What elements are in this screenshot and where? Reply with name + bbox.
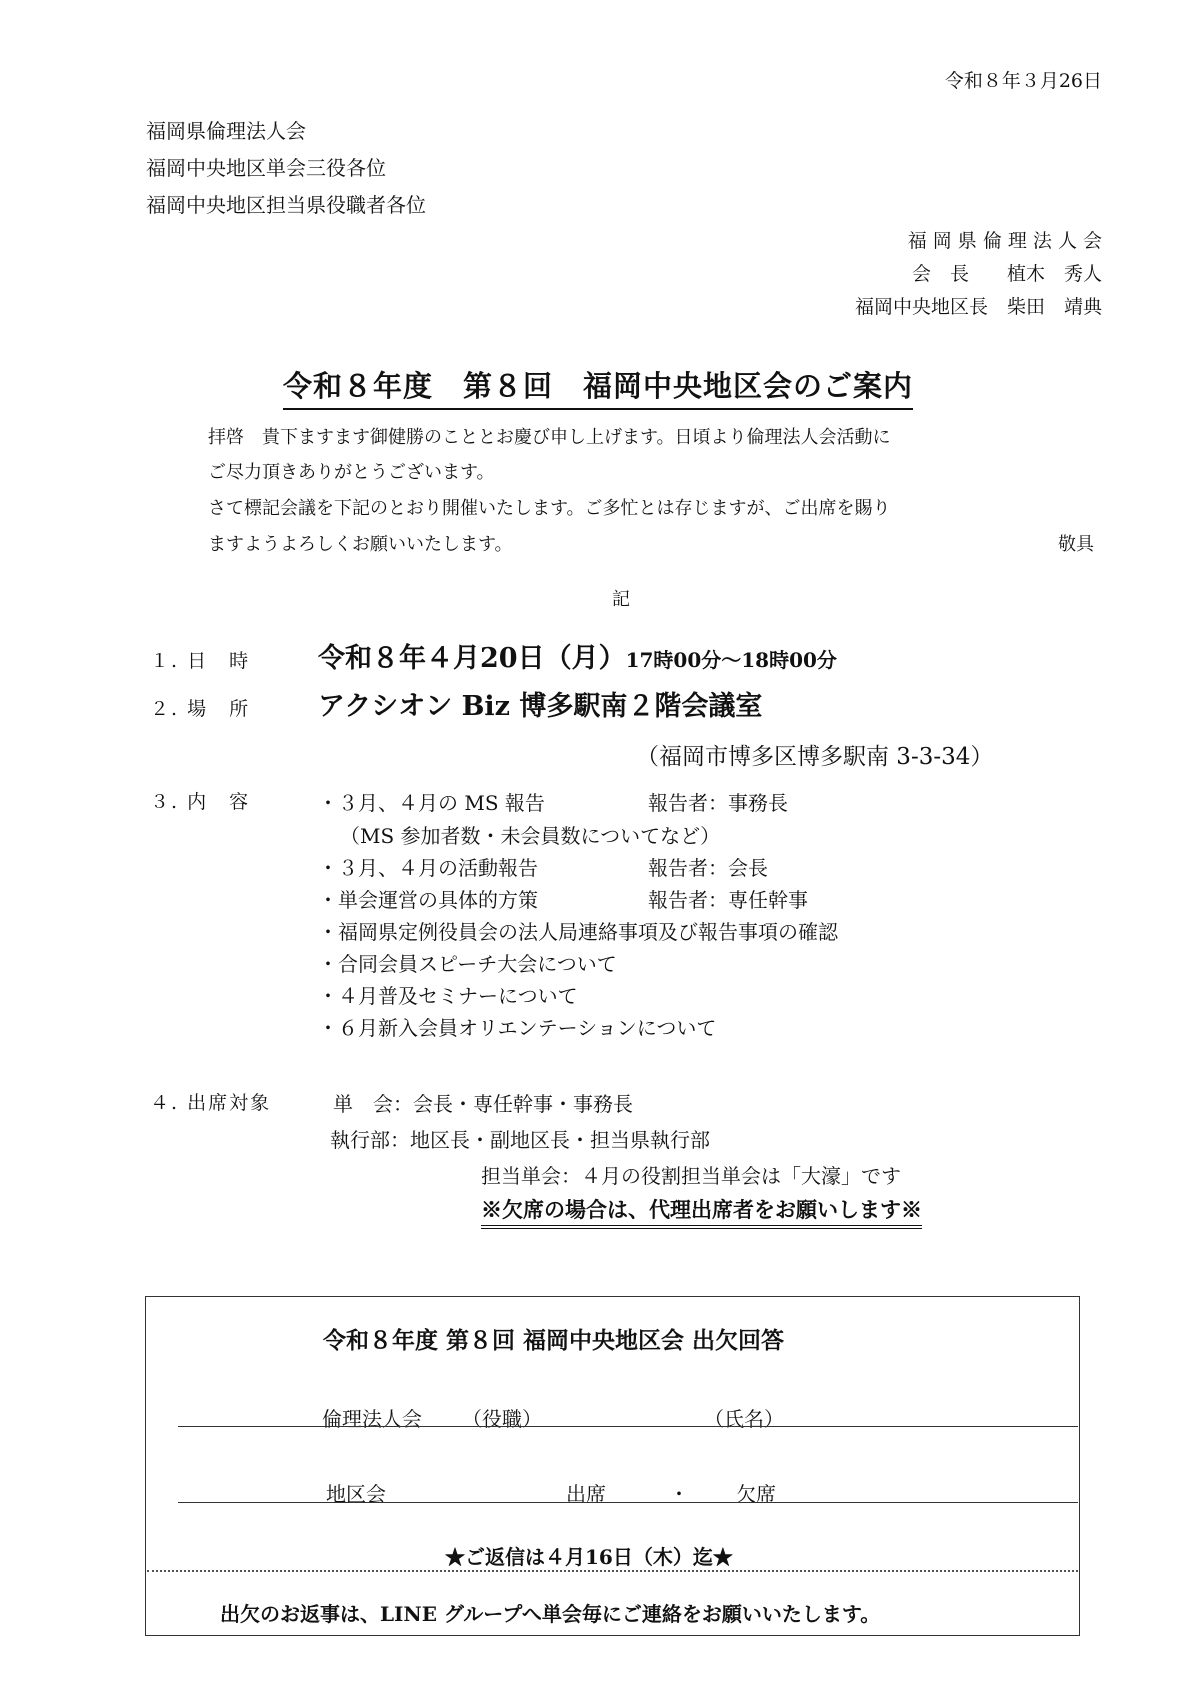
recipient-3: 福岡中央地区担当県役職者各位 — [146, 189, 426, 218]
attendees-line-1: 単 会：会長・専任幹事・事務長 — [333, 1088, 633, 1117]
ki-marker: 記 — [612, 585, 630, 611]
attendees-line-3: 担当単会：４月の役割担当単会は「大濠」です — [481, 1160, 901, 1189]
reply-name-field[interactable]: （氏名） — [704, 1403, 784, 1432]
dotted-divider — [147, 1570, 1078, 1572]
absence-warning: ※欠席の場合は、代理出席者をお願いします※ — [481, 1194, 922, 1229]
content-line-6: ・合同会員スピーチ大会について — [318, 948, 617, 977]
greeting-line-1: 拝啓 貴下ますます御健勝のこととお慶び申し上げます。日頃より倫理法人会活動に — [208, 423, 891, 449]
recipient-2: 福岡中央地区単会三役各位 — [146, 152, 386, 181]
reply-deadline: ★ご返信は４月16日（木）迄★ — [445, 1541, 733, 1570]
content-reporter-3: 報告者：会長 — [648, 852, 768, 881]
reply-row2-rule — [178, 1502, 1078, 1503]
sender-org: 福 岡 県 倫 理 法 人 会 — [908, 226, 1102, 253]
document-date: 令和８年３月26日 — [945, 66, 1102, 93]
page-title: 令和８年度 第８回 福岡中央地区会のご案内 — [283, 364, 913, 410]
content-reporter-1: 報告者：事務長 — [648, 787, 788, 816]
item-attendees-label: ４. 出席対象 — [150, 1088, 271, 1115]
item-datetime-label: １. 日 時 — [150, 646, 250, 673]
reply-row1-rule — [178, 1426, 1078, 1427]
content-line-3: ・３月、４月の活動報告 — [318, 852, 538, 881]
content-line-2: （MS 参加者数・未会員数についてなど） — [330, 820, 720, 849]
greeting-line-4: ますようよろしくお願いいたします。 — [208, 530, 513, 556]
venue-name: アクシオン Biz 博多駅南２階会議室 — [318, 684, 762, 723]
line-group-note: 出欠のお返事は、LINE グループへ単会毎にご連絡をお願いいたします。 — [220, 1598, 880, 1627]
content-line-4: ・単会運営の具体的方策 — [318, 884, 538, 913]
item-content-label: ３. 内 容 — [150, 787, 250, 814]
item-datetime-value: 令和８年４月20日（月）17時00分〜18時00分 — [318, 636, 837, 675]
sender-chair: 会 長 植木 秀人 — [912, 259, 1102, 286]
content-line-1: ・３月、４月の MS 報告 — [318, 787, 545, 816]
attendees-line-2: 執行部：地区長・副地区長・担当県執行部 — [330, 1124, 710, 1153]
content-line-7: ・４月普及セミナーについて — [318, 980, 578, 1009]
content-line-5: ・福岡県定例役員会の法人局連絡事項及び報告事項の確認 — [318, 916, 838, 945]
recipient-1: 福岡県倫理法人会 — [146, 115, 306, 144]
content-reporter-4: 報告者：専任幹事 — [648, 884, 808, 913]
reply-org-label: 倫理法人会 — [322, 1403, 422, 1432]
content-line-8: ・６月新入会員オリエンテーションについて — [318, 1012, 716, 1041]
sender-district-chief: 福岡中央地区長 柴田 靖典 — [855, 292, 1102, 319]
reply-form-title: 令和８年度 第８回 福岡中央地区会 出欠回答 — [323, 1322, 784, 1355]
reply-role-field[interactable]: （役職） — [462, 1403, 542, 1432]
greeting-line-3: さて標記会議を下記のとおり開催いたします。ご多忙とは存じますが、ご出席を賜り — [208, 494, 891, 520]
venue-address: （福岡市博多区博多駅南 3-3-34） — [636, 738, 993, 771]
meeting-time: 17時00分〜18時00分 — [626, 648, 837, 672]
item-place-label: ２. 場 所 — [150, 694, 250, 721]
greeting-line-2: ご尽力頂きありがとうございます。 — [208, 458, 495, 484]
meeting-date: 令和８年４月20日（月） — [318, 643, 626, 674]
closing-keigu: 敬具 — [1058, 530, 1094, 556]
